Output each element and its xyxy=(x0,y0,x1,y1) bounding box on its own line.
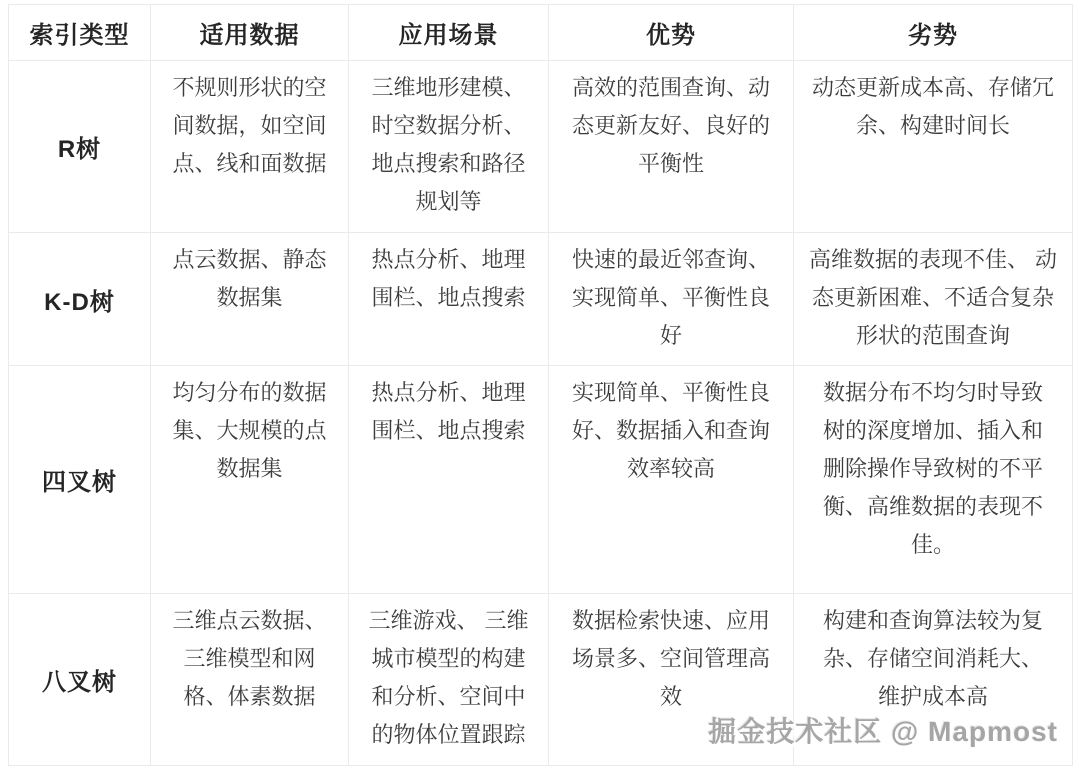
cell-octree-cons: 构建和查询算法较为复 杂、存储空间消耗大、 维护成本高 xyxy=(794,594,1073,766)
cell-kdtree-cons: 高维数据的表现不佳、 动 态更新困难、不适合复杂 形状的范围查询 xyxy=(794,233,1073,366)
cell-kdtree-scenario: 热点分析、地理 围栏、地点搜索 xyxy=(349,233,549,366)
column-header-applicable-data: 适用数据 xyxy=(151,5,349,61)
cell-quadtree-scenario: 热点分析、地理 围栏、地点搜索 xyxy=(349,366,549,594)
row-label-kdtree: K-D树 xyxy=(9,233,151,366)
row-label-quadtree: 四叉树 xyxy=(9,366,151,594)
table-row-rtree: R树 不规则形状的空 间数据，如空间 点、线和面数据 三维地形建模、 时空数据分… xyxy=(9,61,1073,233)
table-row-quadtree: 四叉树 均匀分布的数据 集、大规模的点 数据集 热点分析、地理 围栏、地点搜索 … xyxy=(9,366,1073,594)
column-header-disadvantages: 劣势 xyxy=(794,5,1073,61)
cell-quadtree-pros: 实现简单、平衡性良 好、数据插入和查询 效率较高 xyxy=(549,366,794,594)
cell-rtree-scenario: 三维地形建模、 时空数据分析、 地点搜索和路径 规划等 xyxy=(349,61,549,233)
spatial-index-comparison-table: 索引类型 适用数据 应用场景 优势 劣势 R树 不规则形状的空 间数据，如空间 … xyxy=(8,4,1073,766)
table-row-octree: 八叉树 三维点云数据、 三维模型和网 格、体素数据 三维游戏、 三维 城市模型的… xyxy=(9,594,1073,766)
header-row: 索引类型 适用数据 应用场景 优势 劣势 xyxy=(9,5,1073,61)
cell-kdtree-data: 点云数据、静态 数据集 xyxy=(151,233,349,366)
cell-rtree-data: 不规则形状的空 间数据，如空间 点、线和面数据 xyxy=(151,61,349,233)
row-label-rtree: R树 xyxy=(9,61,151,233)
cell-octree-data: 三维点云数据、 三维模型和网 格、体素数据 xyxy=(151,594,349,766)
cell-octree-pros: 数据检索快速、应用 场景多、空间管理高 效 xyxy=(549,594,794,766)
table-row-kdtree: K-D树 点云数据、静态 数据集 热点分析、地理 围栏、地点搜索 快速的最近邻查… xyxy=(9,233,1073,366)
comparison-table-frame: 索引类型 适用数据 应用场景 优势 劣势 R树 不规则形状的空 间数据，如空间 … xyxy=(8,4,1072,766)
cell-rtree-pros: 高效的范围查询、动 态更新友好、良好的 平衡性 xyxy=(549,61,794,233)
cell-kdtree-pros: 快速的最近邻查询、 实现简单、平衡性良 好 xyxy=(549,233,794,366)
column-header-index-type: 索引类型 xyxy=(9,5,151,61)
cell-octree-scenario: 三维游戏、 三维 城市模型的构建 和分析、空间中 的物体位置跟踪 xyxy=(349,594,549,766)
column-header-advantages: 优势 xyxy=(549,5,794,61)
column-header-application-scenario: 应用场景 xyxy=(349,5,549,61)
cell-quadtree-cons: 数据分布不均匀时导致 树的深度增加、插入和 删除操作导致树的不平 衡、高维数据的… xyxy=(794,366,1073,594)
row-label-octree: 八叉树 xyxy=(9,594,151,766)
cell-rtree-cons: 动态更新成本高、存储冗 余、构建时间长 xyxy=(794,61,1073,233)
cell-quadtree-data: 均匀分布的数据 集、大规模的点 数据集 xyxy=(151,366,349,594)
